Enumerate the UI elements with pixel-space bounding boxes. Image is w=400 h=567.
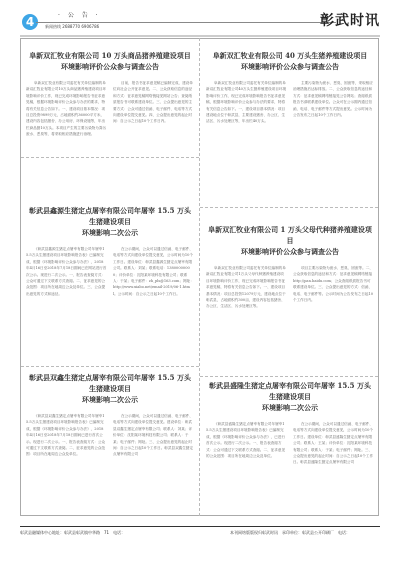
article-body: 阜新双汇牧业有限公司委托有关单位编制的阜新双汇牧业有限公司40万头生猪养殖建设项…	[206, 80, 287, 205]
footer-printer: 本刊网络版版权归彰武时讯 承印单位：彰武县公开印刷厂 电话：	[230, 530, 350, 536]
notice-article: 阜新双汇牧业有限公司 1 万头父母代种猪养殖建设项目 环境影响评价公众参与调查公…	[206, 224, 374, 390]
notice-article: 彰武县双鑫生猪定点屠宰有限公司年屠宰 15.5 万头生猪建设项目 环境影响二次公…	[26, 372, 194, 528]
page-header: 4 · 公 告 · 新闻热线 2688770 6906786 彰武时讯	[0, 0, 400, 36]
footer-rule	[20, 526, 380, 527]
article-title: 阜新双汇牧业有限公司 1 万头父母代种猪养殖建设项目 环境影响评价公众参与调查公…	[206, 224, 374, 257]
article-title: 彰武县双鑫生猪定点屠宰有限公司年屠宰 15.5 万头生猪建设项目 环境影响二次公…	[26, 372, 194, 405]
header-divider	[36, 22, 336, 23]
article-body: 在公示期间，公众可以通过信函、电子邮件、电话等方式向建设单位提交意见。建设单位：…	[113, 413, 194, 528]
article-body: 阜新双汇牧业有限公司委托有关单位编制的阜新双汇牧业有限公司10万头商品猪养殖建设…	[26, 80, 107, 155]
separator	[200, 207, 378, 208]
article-body: 在公示期间，公众可以通过信函、电子邮件、电话等方式向建设单位提交意见，公示时间为…	[293, 421, 374, 531]
masthead-logo: 彰武时讯	[320, 10, 380, 30]
notice-article: 彰武县鑫源生猪定点屠宰有限公司年屠宰 15.5 万头生猪建设项目 环境影响二次公…	[26, 205, 194, 376]
article-body: 阜新双汇牧业有限公司委托有关单位编制的阜新双汇牧业有限公司1万头父母代种猪养殖建…	[206, 265, 287, 390]
news-hotline: 新闻热线 2688770 6906786	[45, 24, 99, 30]
section-title: · 公 告 ·	[58, 10, 101, 19]
article-body: 目前，报告书征求意见稿已编制完成，建设单位向社会公开征求意见。二、公众获取信息的…	[113, 80, 194, 155]
article-title: 阜新双汇牧业有限公司 40 万头生猪养殖建设项目 环境影响评价公众参与调查公告	[206, 50, 374, 72]
article-body: 项目主要污染物为废水、恶臭、固废等。二、公众获取信息的途径和方式：征求意见稿网络…	[293, 265, 374, 390]
footer-address: 彰武县融媒体中心地址：彰武县彰武镇中华路 71 电话：	[20, 530, 125, 536]
article-body: 在公示期间，公众可以通过信函、电子邮件、电话等方式向建设单位提交意见，公示时间为…	[113, 246, 194, 376]
article-title: 阜新双汇牧业有限公司 10 万头商品猪养殖建设项目 环境影响评价公众参与调查公告	[26, 50, 194, 72]
column-divider	[199, 38, 200, 516]
article-title: 彰武县盛隆生猪定点屠宰有限公司年屠宰 15.5 万头生猪建设项目 环境影响二次公…	[206, 380, 374, 413]
article-body: 《彰武县鑫源生猪定点屠宰有限公司年屠宰15.5万头生猪建设项目环境影响报告表》已…	[26, 246, 107, 376]
header-rule	[20, 35, 380, 37]
article-body: 《彰武县双鑫生猪定点屠宰有限公司年屠宰15.5万头生猪建设项目环境影响报告表》已…	[26, 413, 107, 528]
separator	[21, 157, 199, 158]
notice-article: 阜新双汇牧业有限公司 10 万头商品猪养殖建设项目 环境影响评价公众参与调查公告…	[26, 50, 194, 155]
article-body: 主要污染物为废水、恶臭、固废等，采取相应治理措施后达标排放。二、公众获取信息的途…	[293, 80, 374, 205]
notice-article: 彰武县盛隆生猪定点屠宰有限公司年屠宰 15.5 万头生猪建设项目 环境影响二次公…	[206, 380, 374, 531]
notice-article: 阜新双汇牧业有限公司 40 万头生猪养殖建设项目 环境影响评价公众参与调查公告 …	[206, 50, 374, 205]
article-title: 彰武县鑫源生猪定点屠宰有限公司年屠宰 15.5 万头生猪建设项目 环境影响二次公…	[26, 205, 194, 238]
article-body: 《彰武县盛隆生猪定点屠宰有限公司年屠宰15.5万头生猪建设项目环境影响报告表》已…	[206, 421, 287, 531]
